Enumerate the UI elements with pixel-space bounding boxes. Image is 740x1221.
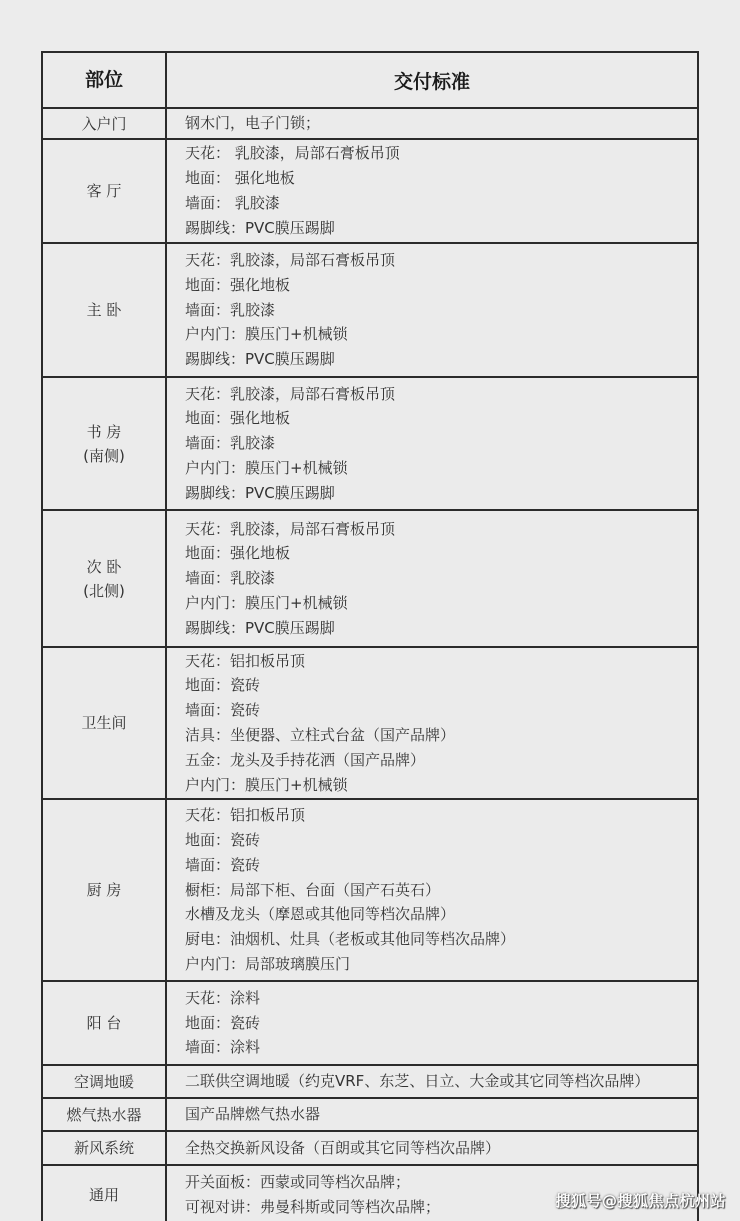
standard-cell: 天花：涂料地面：瓷砖墙面：涂料 [167, 982, 697, 1064]
standard-line: 地面：强化地板 [185, 406, 697, 431]
standard-line: 地面： 强化地板 [185, 166, 697, 191]
standard-cell: 全热交换新风设备（百朗或其它同等档次品牌） [167, 1132, 697, 1164]
table-row: 入户门钢木门，电子门锁； [43, 109, 697, 140]
standard-line: 户内门：膜压门+机械锁 [185, 591, 697, 616]
standard-line: 踢脚线：PVC膜压踢脚 [185, 481, 697, 506]
standard-line: 踢脚线：PVC膜压踢脚 [185, 347, 697, 372]
standard-cell: 国产品牌燃气热水器 [167, 1099, 697, 1130]
location-cell: 入户门 [43, 109, 167, 138]
standard-line: 地面：瓷砖 [185, 1011, 697, 1036]
standard-line: 墙面：涂料 [185, 1035, 697, 1060]
location-label: 卫生间 [81, 711, 126, 735]
standard-line: 户内门：膜压门+机械锁 [185, 322, 697, 347]
table-row: 空调地暖二联供空调地暖（约克VRF、东芝、日立、大金或其它同等档次品牌） [43, 1066, 697, 1099]
standard-line: 水槽及龙头（摩恩或其他同等档次品牌） [185, 902, 697, 927]
standard-cell: 天花：乳胶漆，局部石膏板吊顶地面：强化地板墙面：乳胶漆户内门：膜压门+机械锁踢脚… [167, 511, 697, 646]
location-label: (南侧) [83, 444, 125, 468]
standard-line: 地面：瓷砖 [185, 828, 697, 853]
location-cell: 卫生间 [43, 648, 167, 798]
table-row: 客 厅天花： 乳胶漆，局部石膏板吊顶地面： 强化地板墙面： 乳胶漆踢脚线：PVC… [43, 140, 697, 244]
standard-line: 踢脚线：PVC膜压踢脚 [185, 216, 697, 241]
standard-line: 户内门：局部玻璃膜压门 [185, 952, 697, 977]
location-label: 燃气热水器 [66, 1103, 141, 1127]
location-cell: 通用 [43, 1166, 167, 1221]
location-label: 入户门 [81, 112, 126, 136]
table-row: 书 房(南侧)天花：乳胶漆，局部石膏板吊顶地面：强化地板墙面：乳胶漆户内门：膜压… [43, 378, 697, 511]
standard-line: 墙面：瓷砖 [185, 698, 697, 723]
watermark: 搜狐号@搜狐焦点杭州站 [555, 1190, 726, 1211]
standard-line: 厨电：油烟机、灶具（老板或其他同等档次品牌） [185, 927, 697, 952]
standard-cell: 钢木门，电子门锁； [167, 109, 697, 138]
location-label: 主 卧 [87, 298, 122, 322]
standard-line: 地面：强化地板 [185, 273, 697, 298]
standard-line: 天花：铝扣板吊顶 [185, 649, 697, 674]
table-row: 燃气热水器国产品牌燃气热水器 [43, 1099, 697, 1132]
table-row: 新风系统全热交换新风设备（百朗或其它同等档次品牌） [43, 1132, 697, 1166]
location-cell: 阳 台 [43, 982, 167, 1064]
standard-line: 墙面：乳胶漆 [185, 431, 697, 456]
standard-line: 墙面：瓷砖 [185, 853, 697, 878]
location-label: 客 厅 [87, 179, 122, 203]
standard-line: 墙面：乳胶漆 [185, 566, 697, 591]
location-cell: 新风系统 [43, 1132, 167, 1164]
header-standard: 交付标准 [167, 53, 697, 107]
standard-cell: 天花：铝扣板吊顶地面：瓷砖墙面：瓷砖橱柜：局部下柜、台面（国产石英石）水槽及龙头… [167, 800, 697, 980]
standard-cell: 天花： 乳胶漆，局部石膏板吊顶地面： 强化地板墙面： 乳胶漆踢脚线：PVC膜压踢… [167, 140, 697, 242]
location-label: 空调地暖 [74, 1070, 134, 1094]
standard-cell: 二联供空调地暖（约克VRF、东芝、日立、大金或其它同等档次品牌） [167, 1066, 697, 1097]
table-row: 阳 台天花：涂料地面：瓷砖墙面：涂料 [43, 982, 697, 1066]
location-label: 新风系统 [74, 1136, 134, 1160]
location-cell: 次 卧(北侧) [43, 511, 167, 646]
delivery-standard-table: 部位 交付标准 入户门钢木门，电子门锁；客 厅天花： 乳胶漆，局部石膏板吊顶地面… [41, 51, 699, 1221]
table-header: 部位 交付标准 [43, 53, 697, 109]
standard-line: 橱柜：局部下柜、台面（国产石英石） [185, 878, 697, 903]
table-row: 主 卧天花：乳胶漆，局部石膏板吊顶地面：强化地板墙面：乳胶漆户内门：膜压门+机械… [43, 244, 697, 378]
table-row: 卫生间天花：铝扣板吊顶地面：瓷砖墙面：瓷砖洁具：坐便器、立柱式台盆（国产品牌）五… [43, 648, 697, 800]
standard-line: 地面：瓷砖 [185, 673, 697, 698]
location-label: 厨 房 [87, 878, 122, 902]
standard-line: 洁具：坐便器、立柱式台盆（国产品牌） [185, 723, 697, 748]
table-row: 厨 房天花：铝扣板吊顶地面：瓷砖墙面：瓷砖橱柜：局部下柜、台面（国产石英石）水槽… [43, 800, 697, 982]
standard-line: 天花： 乳胶漆，局部石膏板吊顶 [185, 141, 697, 166]
location-label: (北侧) [83, 579, 125, 603]
standard-line: 地面：强化地板 [185, 541, 697, 566]
location-cell: 书 房(南侧) [43, 378, 167, 509]
standard-line: 天花：乳胶漆，局部石膏板吊顶 [185, 382, 697, 407]
standard-line: 天花：乳胶漆，局部石膏板吊顶 [185, 517, 697, 542]
location-cell: 客 厅 [43, 140, 167, 242]
standard-cell: 天花：乳胶漆，局部石膏板吊顶地面：强化地板墙面：乳胶漆户内门：膜压门+机械锁踢脚… [167, 378, 697, 509]
standard-line: 天花：乳胶漆，局部石膏板吊顶 [185, 248, 697, 273]
header-location: 部位 [43, 53, 167, 107]
standard-line: 国产品牌燃气热水器 [185, 1102, 697, 1127]
standard-line: 踢脚线：PVC膜压踢脚 [185, 616, 697, 641]
standard-line: 钢木门，电子门锁； [185, 111, 697, 136]
location-label: 次 卧 [87, 555, 122, 579]
location-cell: 厨 房 [43, 800, 167, 980]
standard-cell: 天花：铝扣板吊顶地面：瓷砖墙面：瓷砖洁具：坐便器、立柱式台盆（国产品牌）五金：龙… [167, 648, 697, 798]
standard-line: 墙面： 乳胶漆 [185, 191, 697, 216]
standard-line: 全热交换新风设备（百朗或其它同等档次品牌） [185, 1136, 697, 1161]
standard-line: 户内门：膜压门+机械锁 [185, 773, 697, 798]
standard-line: 五金：龙头及手持花洒（国产品牌） [185, 748, 697, 773]
location-cell: 空调地暖 [43, 1066, 167, 1097]
standard-line: 二联供空调地暖（约克VRF、东芝、日立、大金或其它同等档次品牌） [185, 1069, 697, 1094]
location-cell: 燃气热水器 [43, 1099, 167, 1130]
location-label: 阳 台 [87, 1011, 122, 1035]
standard-line: 天花：涂料 [185, 986, 697, 1011]
standard-cell: 天花：乳胶漆，局部石膏板吊顶地面：强化地板墙面：乳胶漆户内门：膜压门+机械锁踢脚… [167, 244, 697, 376]
table-row: 次 卧(北侧)天花：乳胶漆，局部石膏板吊顶地面：强化地板墙面：乳胶漆户内门：膜压… [43, 511, 697, 648]
location-label: 通用 [89, 1183, 119, 1207]
location-cell: 主 卧 [43, 244, 167, 376]
location-label: 书 房 [87, 420, 122, 444]
standard-line: 户内门：膜压门+机械锁 [185, 456, 697, 481]
standard-line: 墙面：乳胶漆 [185, 298, 697, 323]
standard-line: 天花：铝扣板吊顶 [185, 803, 697, 828]
